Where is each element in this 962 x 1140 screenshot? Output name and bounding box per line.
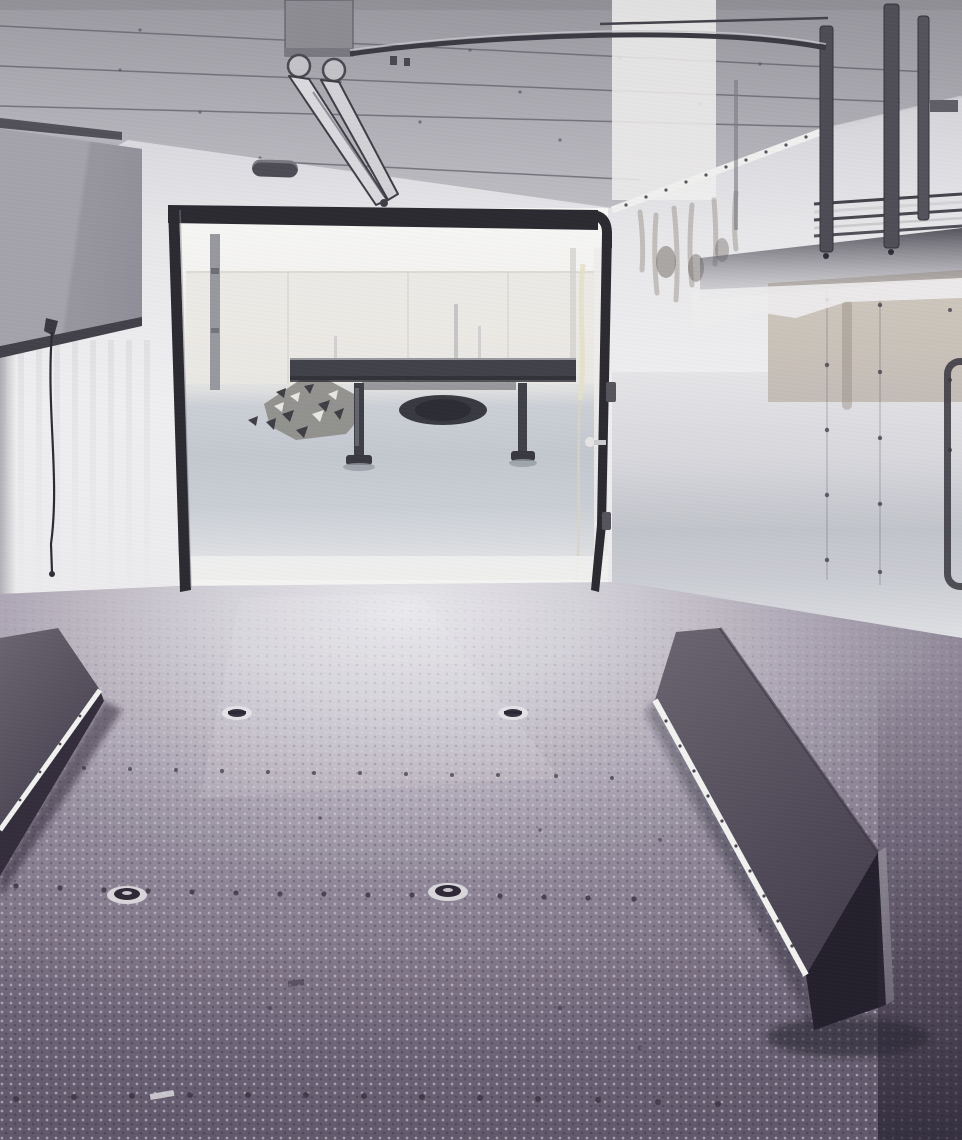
door-hinge <box>606 382 616 402</box>
cabinet-body <box>0 122 142 346</box>
door-latch <box>585 437 595 447</box>
door-left-post <box>168 205 191 592</box>
door-right-post <box>591 234 612 592</box>
rear-door-frame <box>150 190 636 610</box>
conduit-cable <box>338 14 838 110</box>
trailer-interior-photo <box>0 0 962 1140</box>
tie-down-ring <box>498 706 528 720</box>
left-wheel-box <box>0 598 132 908</box>
door-header <box>168 205 598 230</box>
right-corner-shadow <box>878 660 962 1140</box>
tie-down-ring <box>222 706 252 720</box>
tie-down-ring <box>428 883 468 901</box>
hanging-cord <box>36 318 80 590</box>
door-hinge <box>602 512 611 530</box>
